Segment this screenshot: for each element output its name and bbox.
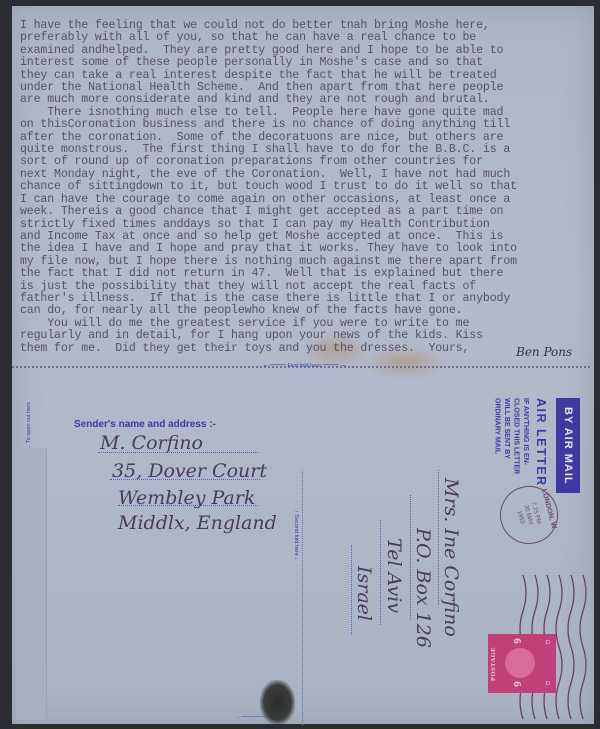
sender-name: M. Corfino <box>100 432 203 454</box>
air-letter-notice: IF ANYTHING IS EN- CLOSED THIS LETTER WI… <box>492 398 530 493</box>
recipient-name: Mrs. Ine Corfino <box>440 478 462 637</box>
left-arrow-icon: ←—— <box>262 360 286 369</box>
letter-body: I have the feeling that we could not do … <box>20 20 580 355</box>
sender-county: Middlx, England <box>118 512 277 534</box>
dotted-line <box>410 495 411 620</box>
letter-line: can do, for nearly all the peoplewho kne… <box>20 305 580 317</box>
letter-line: chance of sittingdown to it, but touch w… <box>20 181 580 193</box>
letter-line: regularly and in detail, for I hang upon… <box>20 330 580 342</box>
sender-label: Sender's name and address :- <box>74 419 216 430</box>
dotted-line <box>98 452 258 453</box>
dotted-line <box>380 520 381 625</box>
dotted-line <box>351 545 352 635</box>
letter-line: interest some of these people personally… <box>20 57 580 69</box>
first-fold-label: ←—— First fold here ——→ <box>262 360 347 369</box>
letter-line: on thisCoronation business and there is … <box>20 119 580 131</box>
recipient-pobox: P.O. Box 126 <box>412 528 434 648</box>
letter-line: the fact that I did not return in 47. We… <box>20 268 580 280</box>
right-arrow-icon: ——→ <box>323 360 347 369</box>
dotted-line <box>110 479 260 480</box>
letter-line: the idea I have and I hope and pray that… <box>20 243 580 255</box>
letter-line: are much more considerate and kind and t… <box>20 94 580 106</box>
arrow-up-icon: ↑ <box>293 510 299 513</box>
dotted-line <box>438 470 439 605</box>
open-cut-label: ← To open cut here <box>26 380 36 450</box>
letter-line: week. Thereis a good chance that I might… <box>20 206 580 218</box>
bottom-fold-arrow-icon: ←————— <box>236 714 266 720</box>
second-fold-line <box>302 470 303 725</box>
recipient-country: Israel <box>353 566 375 621</box>
signature: Ben Pons <box>516 345 572 359</box>
by-air-mail-label: BY AIR MAIL <box>556 398 580 493</box>
letter-line: preferably with all of you, so that he c… <box>20 32 580 44</box>
postage-stamp: POSTAGE 6 D 6 D <box>488 634 556 693</box>
recipient-city: Tel Aviv <box>383 538 405 613</box>
letter-line: sort of round up of coronation preparati… <box>20 156 580 168</box>
arrow-down-icon: ↓ <box>293 557 299 560</box>
second-fold-label: ↑ Second fold here ↓ <box>289 480 299 590</box>
dotted-line <box>118 505 258 506</box>
letter-line: them for me. Did they get their toys and… <box>20 343 580 355</box>
side-flap <box>16 448 47 720</box>
king-portrait-icon <box>505 648 535 678</box>
